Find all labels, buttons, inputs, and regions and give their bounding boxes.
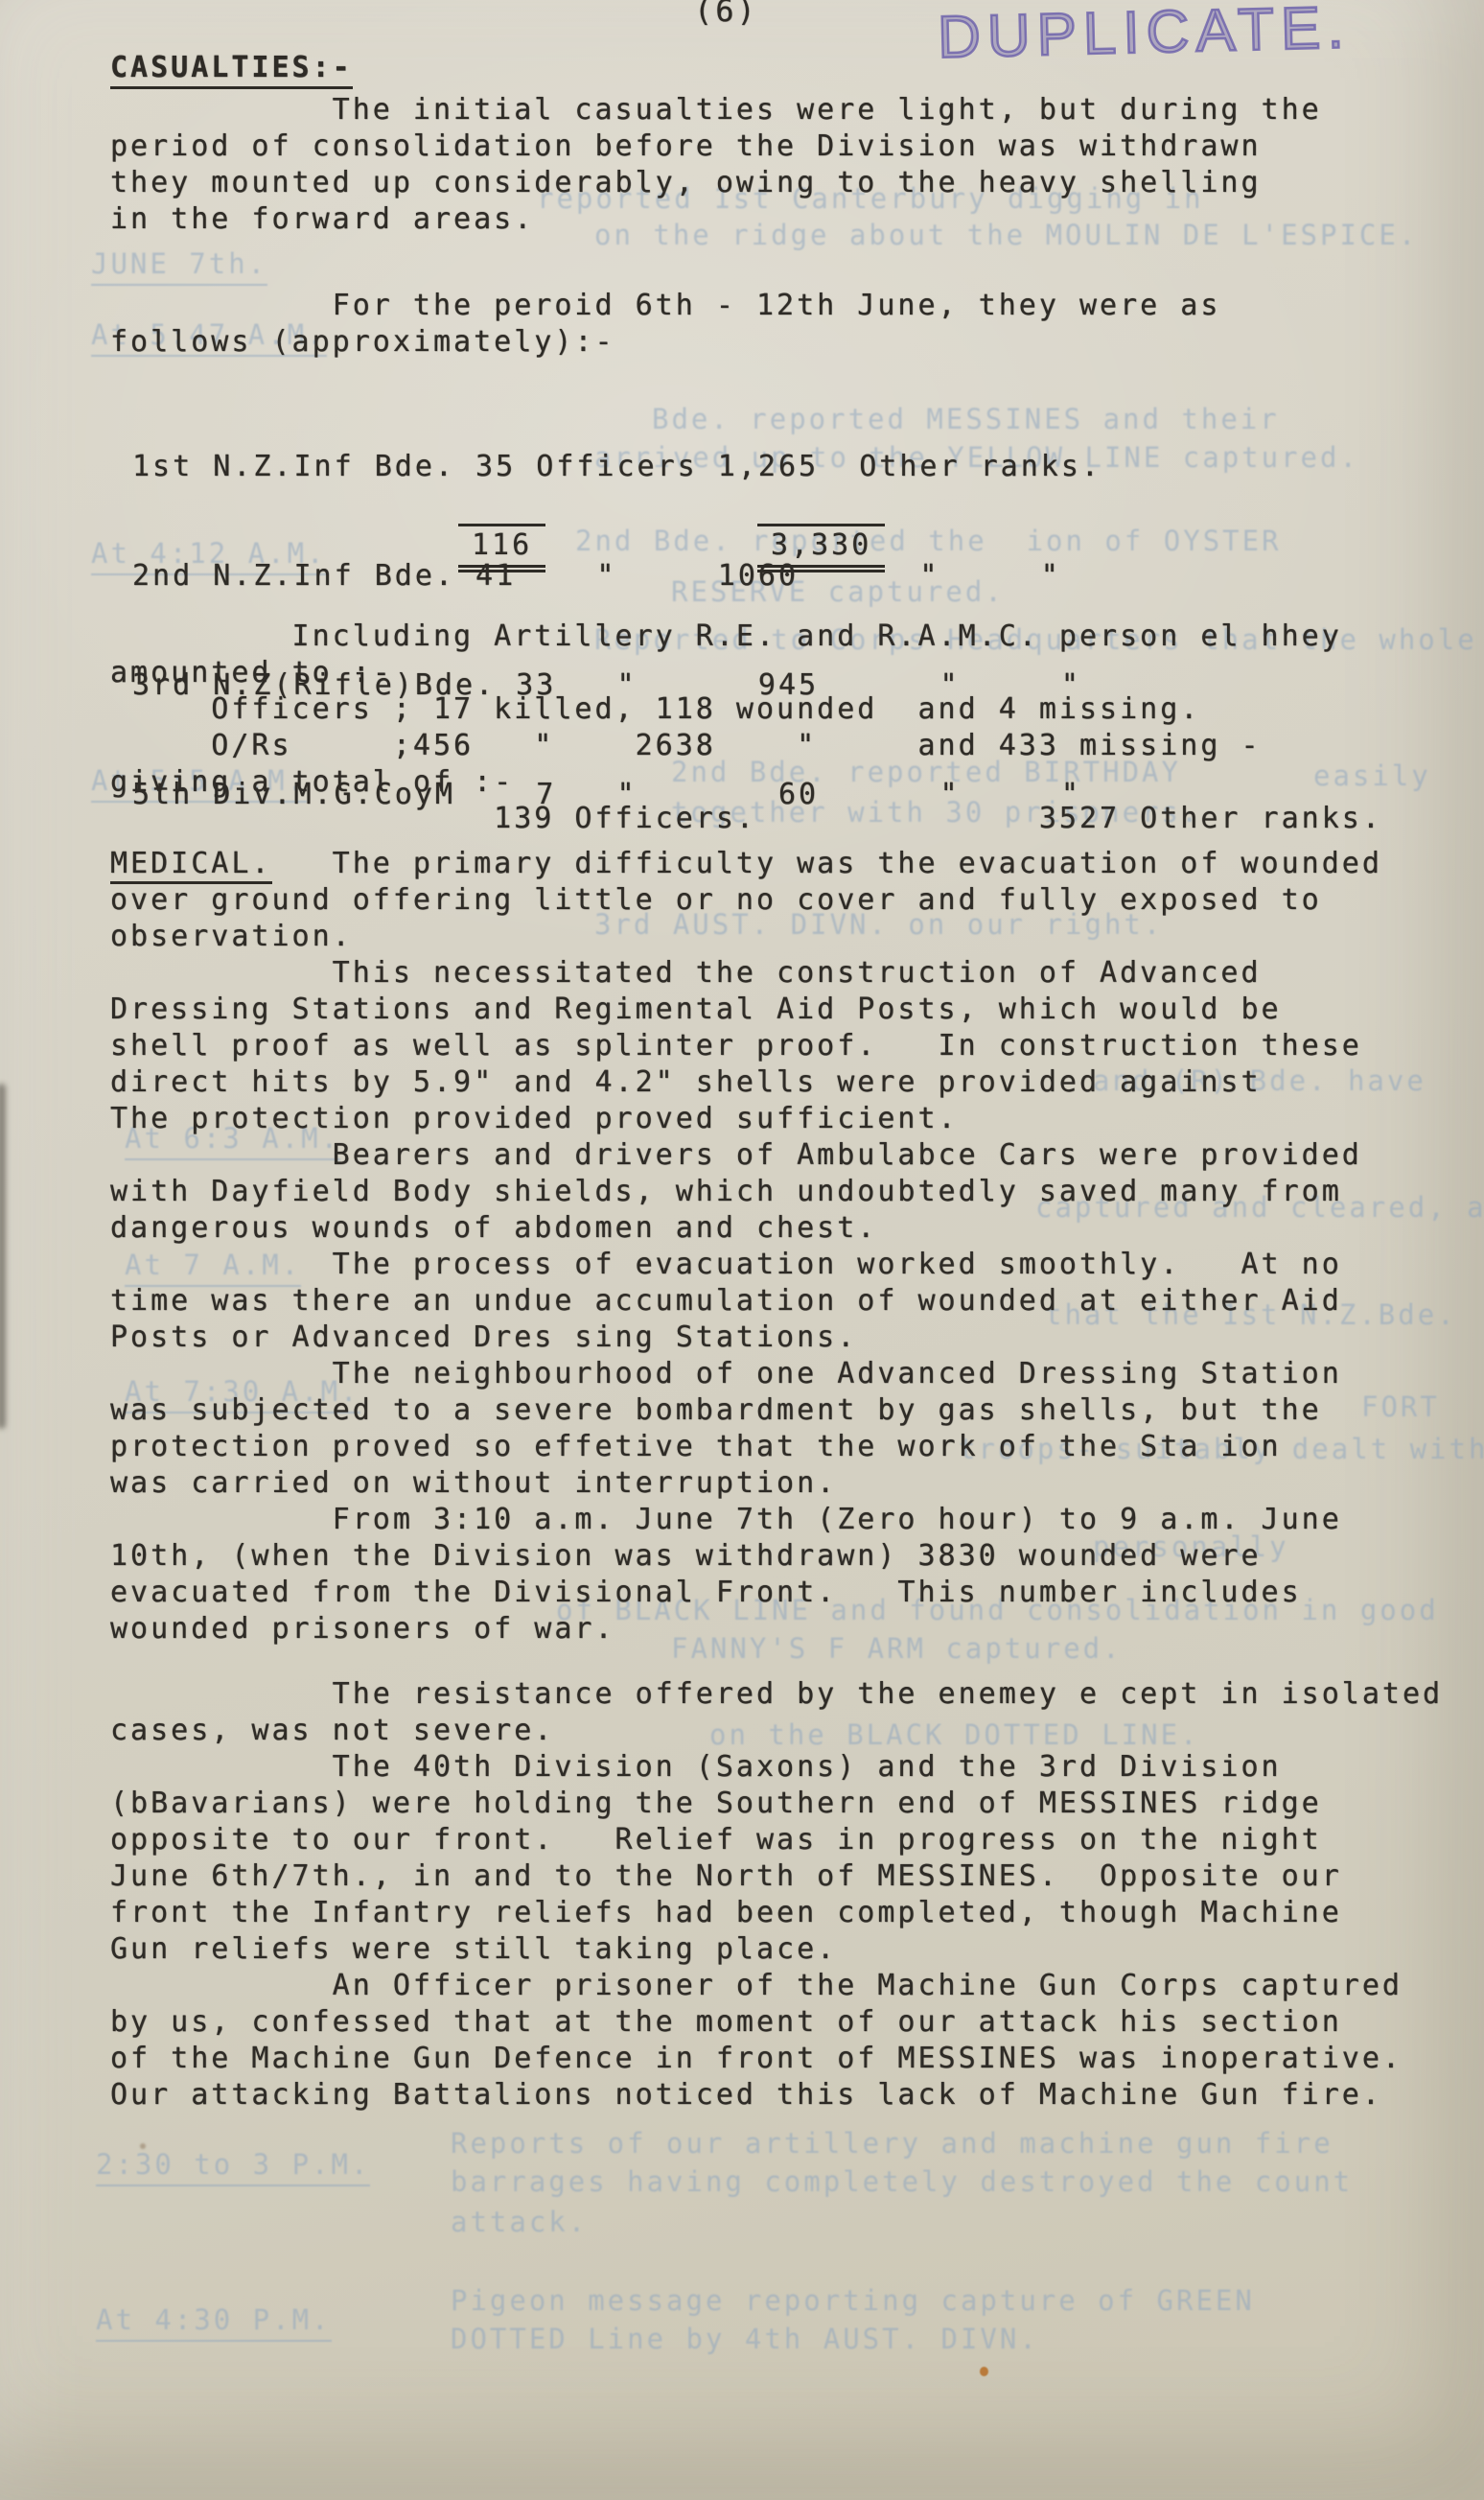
document-content: (6) DUPLICATE. CASUALTIES:- The initial … (0, 0, 1484, 2500)
paper-stain-speck (980, 2367, 988, 2376)
medical-heading: MEDICAL. (110, 847, 272, 884)
duplicate-stamp: DUPLICATE. (937, 0, 1399, 72)
scan-edge-smudge (0, 1084, 6, 1429)
scanned-document-page: JUNE 7th.reported 1st Canterbury digging… (0, 0, 1484, 2500)
medical-first-line: The primary difficulty was the evacuatio… (272, 847, 1382, 880)
casualties-paragraph-1: The initial casualties were light, but d… (110, 92, 1322, 238)
casualties-heading-text: CASUALTIES:- (110, 51, 353, 89)
casualties-paragraph-3: Including Artillery R.E. and R.A.M.C. pe… (110, 619, 1382, 837)
casualties-paragraph-2: For the peroid 6th - 12th June, they wer… (110, 288, 1220, 361)
paper-stain-speck (140, 2143, 146, 2149)
resistance-section: The resistance offered by the enemey e c… (110, 1676, 1443, 2114)
casualties-heading: CASUALTIES:- (110, 50, 353, 86)
medical-body: over ground offering little or no cover … (110, 883, 1362, 1646)
total-officers: 116 (458, 524, 545, 572)
total-other-ranks: 3,330 (757, 524, 885, 572)
page-number: (6) (694, 0, 758, 29)
medical-section: MEDICAL. The primary difficulty was the … (110, 846, 1382, 1647)
table-row: 1st N.Z.Inf Bde. 35 Officers 1,265 Other… (132, 449, 1101, 485)
table-row: 2nd N.Z.Inf Bde. 41 " 1060 " " (132, 558, 1101, 595)
